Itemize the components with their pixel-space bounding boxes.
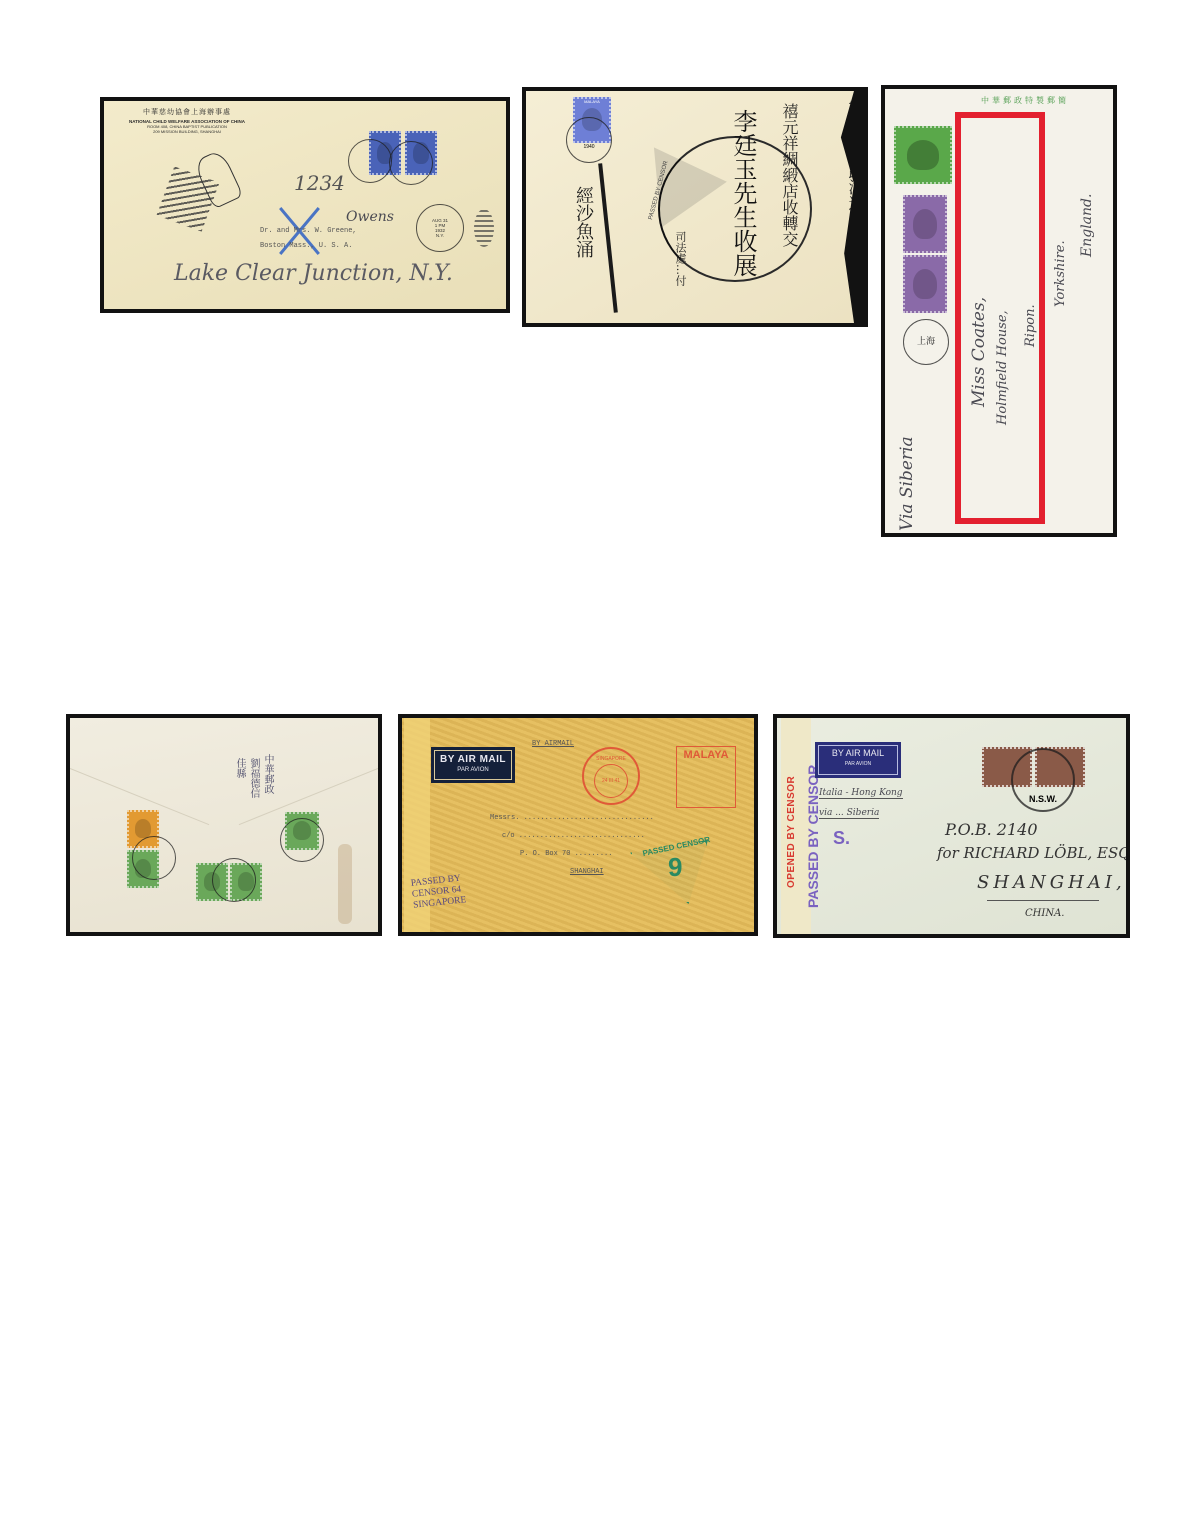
cover-national-child-welfare: 中華慈幼協會上海辦事處 NATIONAL CHILD WELFARE ASSOC… xyxy=(100,97,510,313)
postmark-malaya: 1940 xyxy=(566,117,612,163)
address-line-1: P.O.B. 2140 xyxy=(945,820,1038,839)
water-stain xyxy=(338,844,352,924)
handwritten-destination: Lake Clear Junction, N.Y. xyxy=(174,261,453,286)
address-line-3: SHANGHAI, xyxy=(977,872,1126,893)
chinese-address-right: 寄上海…路清遠里內 xyxy=(844,99,854,243)
envelope-paper: 中華郵政 劉福德信 佳縣 xyxy=(70,718,378,932)
forwarding-name: Owens xyxy=(346,209,394,225)
address-line-2: c/o .............................. xyxy=(502,832,645,840)
chinese-sender: 經沙魚涌 xyxy=(570,186,596,258)
chinese-address-mid: 禧元祥綢緞店收轉交 xyxy=(778,103,801,247)
stamp-violet-1 xyxy=(903,195,947,253)
passed-by-censor-stamp: PASSED BY CENSOR xyxy=(805,765,821,908)
chinese-note-line1: 中華郵政 xyxy=(260,754,275,794)
postmark-nsw: N.S.W. xyxy=(1011,748,1075,812)
postmark-2 xyxy=(212,858,256,902)
meter-country: MALAYA xyxy=(677,749,735,761)
typed-header: BY AIRMAIL xyxy=(532,740,574,748)
address-line-2: Boston Mass., U. S. A. xyxy=(260,242,352,250)
chinese-small-text: 司法處…付 xyxy=(672,231,688,286)
airmail-label: BY AIR MAIL PAR AVION xyxy=(815,742,901,778)
handwritten-number: 1234 xyxy=(294,171,345,195)
envelope-paper: MALAYA 1940 PASSED BY CENSOR 寄上海…路清遠里內 禧… xyxy=(526,91,854,323)
stamp-violet-2 xyxy=(903,255,947,313)
address-line-4: SHANGHAI xyxy=(570,868,604,876)
route-via-siberia: Via Siberia xyxy=(897,436,917,531)
address-name: Miss Coates, xyxy=(969,297,989,407)
route-line-2: via ... Siberia xyxy=(819,808,879,819)
cover-nsw-airmail-shanghai: OPENED BY CENSOR PASSED BY CENSOR S. BY … xyxy=(773,714,1130,938)
address-line-2: Holmfield House, xyxy=(995,310,1010,425)
address-line-4: Yorkshire. xyxy=(1053,240,1068,307)
lettersheet-header: 中華郵政特製郵簡 xyxy=(955,95,1095,106)
address-line-3: P. O. Box 70 ......... xyxy=(520,850,612,858)
censor-number: S. xyxy=(833,828,850,849)
envelope-paper: 中華慈幼協會上海辦事處 NATIONAL CHILD WELFARE ASSOC… xyxy=(104,101,506,309)
censor-triangle-number: 9 xyxy=(668,852,682,883)
cover-singapore-airmail: BY AIR MAIL PAR AVION BY AIRMAIL SINGAPO… xyxy=(398,714,758,936)
stamp-green-imprint xyxy=(894,126,952,184)
cover-china-lettersheet: 中華郵政特製郵簡 上海 Via Siberia Miss Coates, Hol… xyxy=(881,85,1117,537)
address-line-5: England. xyxy=(1079,194,1095,257)
chinese-address-main: 李廷玉先生收展 xyxy=(726,109,761,277)
postmark-3 xyxy=(280,818,324,862)
address-line-4: CHINA. xyxy=(1025,908,1064,919)
address-line-3: Ripon. xyxy=(1023,304,1038,347)
cover-malaya-chinese: MALAYA 1940 PASSED BY CENSOR 寄上海…路清遠里內 禧… xyxy=(522,87,868,327)
chinese-note-line3: 佳縣 xyxy=(232,758,247,778)
brush-stroke xyxy=(598,163,618,313)
envelope-paper: OPENED BY CENSOR PASSED BY CENSOR S. BY … xyxy=(777,718,1126,934)
postmark-shanghai: 上海 xyxy=(903,319,949,365)
postmark-china-1 xyxy=(348,139,392,183)
meter-postmark: SINGAPORE 24 III 41 xyxy=(582,747,640,805)
envelope-paper: 中華郵政特製郵簡 上海 Via Siberia Miss Coates, Hol… xyxy=(885,89,1113,533)
meter-frame: MALAYA xyxy=(676,746,736,808)
censor-singapore-stamp: PASSED BY CENSOR 64 SINGAPORE xyxy=(410,873,466,911)
envelope-paper: BY AIR MAIL PAR AVION BY AIRMAIL SINGAPO… xyxy=(402,718,754,932)
postmark-lake-clear: AUG 31 1 PM 1932 N.Y. xyxy=(416,204,464,252)
letterhead: 中華慈幼協會上海辦事處 NATIONAL CHILD WELFARE ASSOC… xyxy=(112,107,262,134)
address-line-2: for RICHARD LÖBL, ESQ., xyxy=(937,844,1126,862)
chinese-note-line2: 劉福德信 xyxy=(246,758,261,798)
address-line-1: Messrs. ............................... xyxy=(490,814,654,822)
cover-china-reverse: 中華郵政 劉福德信 佳縣 xyxy=(66,714,382,936)
censor-tape-text: OPENED BY CENSOR xyxy=(786,776,797,888)
letterhead-line3: 209 MISSION BUILDING, SHANGHAI xyxy=(112,129,262,134)
duplex-cancel xyxy=(474,209,494,247)
address-underline xyxy=(987,900,1099,901)
airmail-label: BY AIR MAIL PAR AVION xyxy=(431,747,515,783)
postmark-1 xyxy=(132,836,176,880)
postmark-china-2 xyxy=(389,141,433,185)
route-line-1: Italia - Hong Kong xyxy=(819,788,903,799)
letterhead-chinese: 中華慈幼協會上海辦事處 xyxy=(112,107,262,117)
address-line-1: Dr. and Mrs. W. Greene, xyxy=(260,227,357,235)
